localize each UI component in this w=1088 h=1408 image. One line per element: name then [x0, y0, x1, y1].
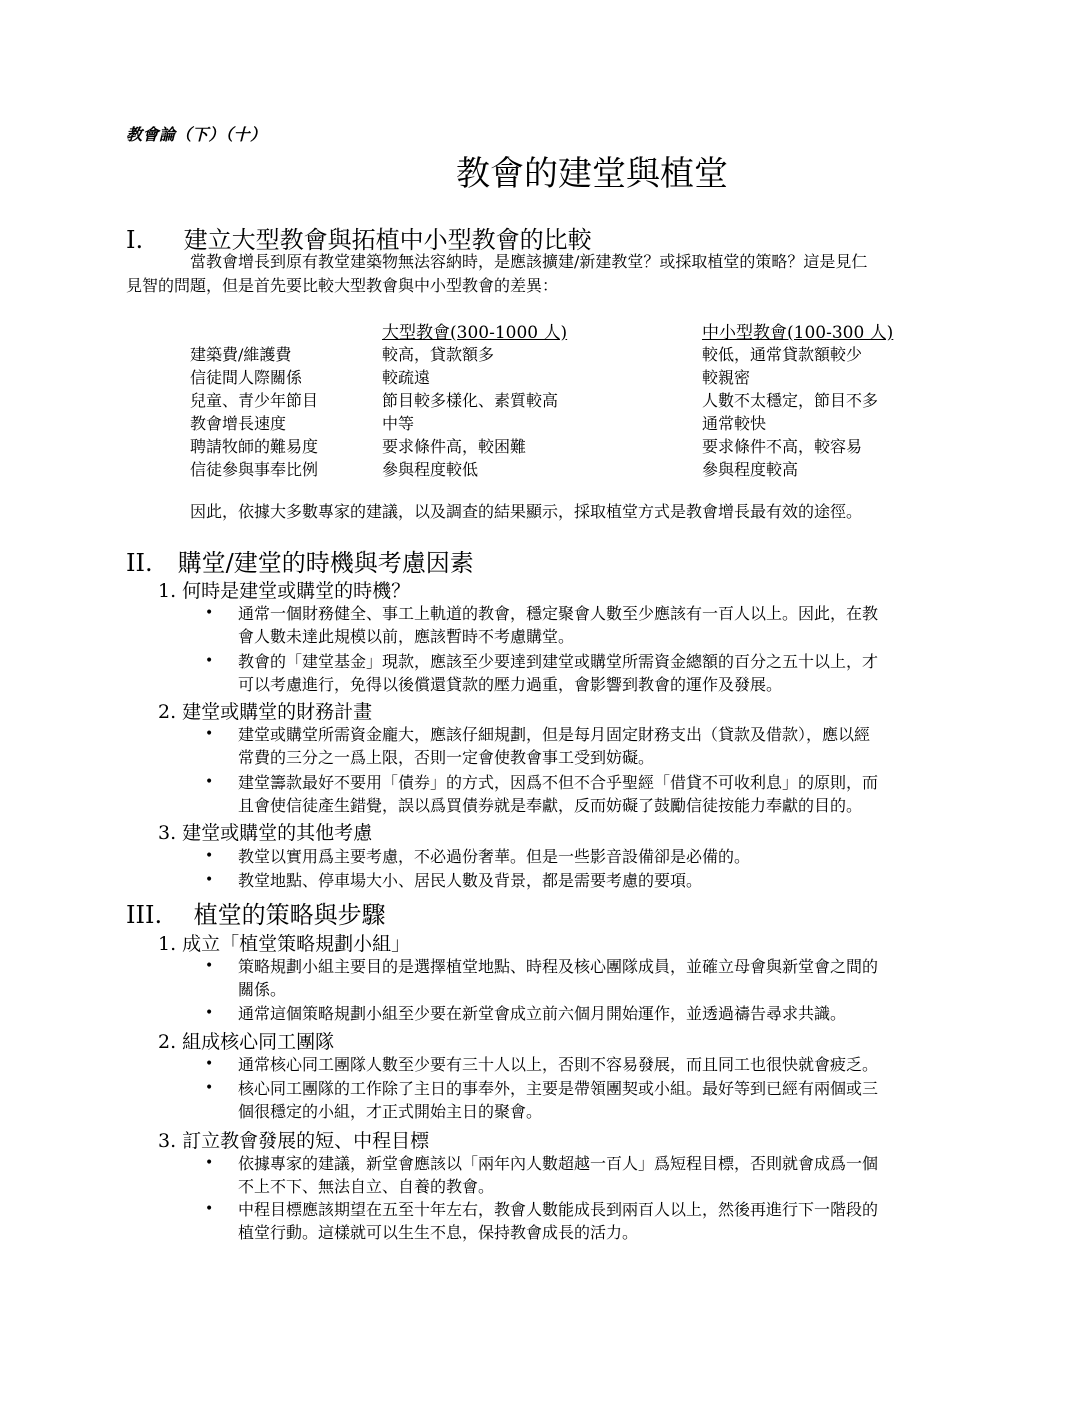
- large-church-value: 節目較多樣化、素質較高: [382, 388, 558, 411]
- small-church-value: 人數不太穩定，節目不多: [702, 388, 878, 411]
- section-heading-2: II. 購堂/建堂的時機與考慮因素: [126, 543, 474, 578]
- bullet-icon: •: [205, 1053, 213, 1076]
- intro-paragraph-line-1: 當教會增長到原有教堂建築物無法容納時，是應該擴建/新建教堂？或採取植堂的策略？這…: [190, 250, 867, 274]
- row-label: 教會增長速度: [190, 411, 286, 434]
- large-church-value: 參與程度較低: [382, 457, 478, 480]
- subsection-heading: 2. 建堂或購堂的財務計畫: [158, 697, 372, 724]
- bullet-icon: •: [205, 1198, 213, 1221]
- small-church-value: 參與程度較高: [702, 457, 798, 480]
- subsection-heading: 1. 成立「植堂策略規劃小組」: [158, 929, 410, 956]
- row-label: 兒童、青少年節目: [190, 388, 318, 411]
- page-title: 教會的建堂與植堂: [0, 146, 1088, 195]
- row-label: 建築費/維護費: [190, 342, 291, 365]
- row-label: 信徒參與事奉比例: [190, 457, 318, 480]
- bullet-icon: •: [205, 1077, 213, 1100]
- small-church-value: 要求條件不高，較容易: [702, 434, 862, 457]
- small-church-value: 較親密: [702, 365, 750, 388]
- section-number: I.: [126, 226, 176, 254]
- bullet-icon: •: [205, 845, 213, 868]
- subsection-heading: 3. 訂立教會發展的短、中程目標: [158, 1126, 429, 1153]
- subsection-heading: 2. 組成核心同工團隊: [158, 1027, 334, 1054]
- section-number: III.: [126, 901, 186, 929]
- section-number: II.: [126, 549, 170, 577]
- bullet-icon: •: [205, 955, 213, 978]
- bullet-icon: •: [205, 650, 213, 673]
- subsection-heading: 3. 建堂或購堂的其他考慮: [158, 818, 372, 845]
- small-church-value: 通常較快: [702, 411, 766, 434]
- bullet-icon: •: [205, 1152, 213, 1175]
- series-label: 教會論（下）（十）: [126, 122, 267, 145]
- section-heading-3: III. 植堂的策略與步驟: [126, 895, 386, 930]
- section-title: 購堂/建堂的時機與考慮因素: [178, 549, 474, 577]
- intro-paragraph-line-2: 見智的問題，但是首先要比較大型教會與中小型教會的差異：: [126, 274, 558, 298]
- subsection-heading: 1. 何時是建堂或購堂的時機？: [158, 576, 410, 603]
- section-title: 植堂的策略與步驟: [194, 901, 386, 929]
- bullet-icon: •: [205, 1002, 213, 1025]
- document-page: 教會論（下）（十） 教會的建堂與植堂 I. 建立大型教會與拓植中小型教會的比較 …: [0, 0, 1088, 1408]
- bullet-icon: •: [205, 602, 213, 625]
- bullet-icon: •: [205, 723, 213, 746]
- bullet-icon: •: [205, 869, 213, 892]
- large-church-value: 較疏遠: [382, 365, 430, 388]
- large-church-value: 較高，貸款額多: [382, 342, 494, 365]
- bullet-icon: •: [205, 771, 213, 794]
- column-header-small-church: 中小型教會(100-300 人): [702, 318, 893, 343]
- large-church-value: 要求條件高，較困難: [382, 434, 526, 457]
- small-church-value: 較低，通常貸款額較少: [702, 342, 862, 365]
- row-label: 聘請牧師的難易度: [190, 434, 318, 457]
- row-label: 信徒間人際關係: [190, 365, 302, 388]
- large-church-value: 中等: [382, 411, 414, 434]
- conclusion-paragraph: 因此，依據大多數專家的建議，以及調查的結果顯示，採取植堂方式是教會增長最有效的途…: [190, 500, 862, 524]
- column-header-large-church: 大型教會(300-1000 人): [382, 318, 567, 343]
